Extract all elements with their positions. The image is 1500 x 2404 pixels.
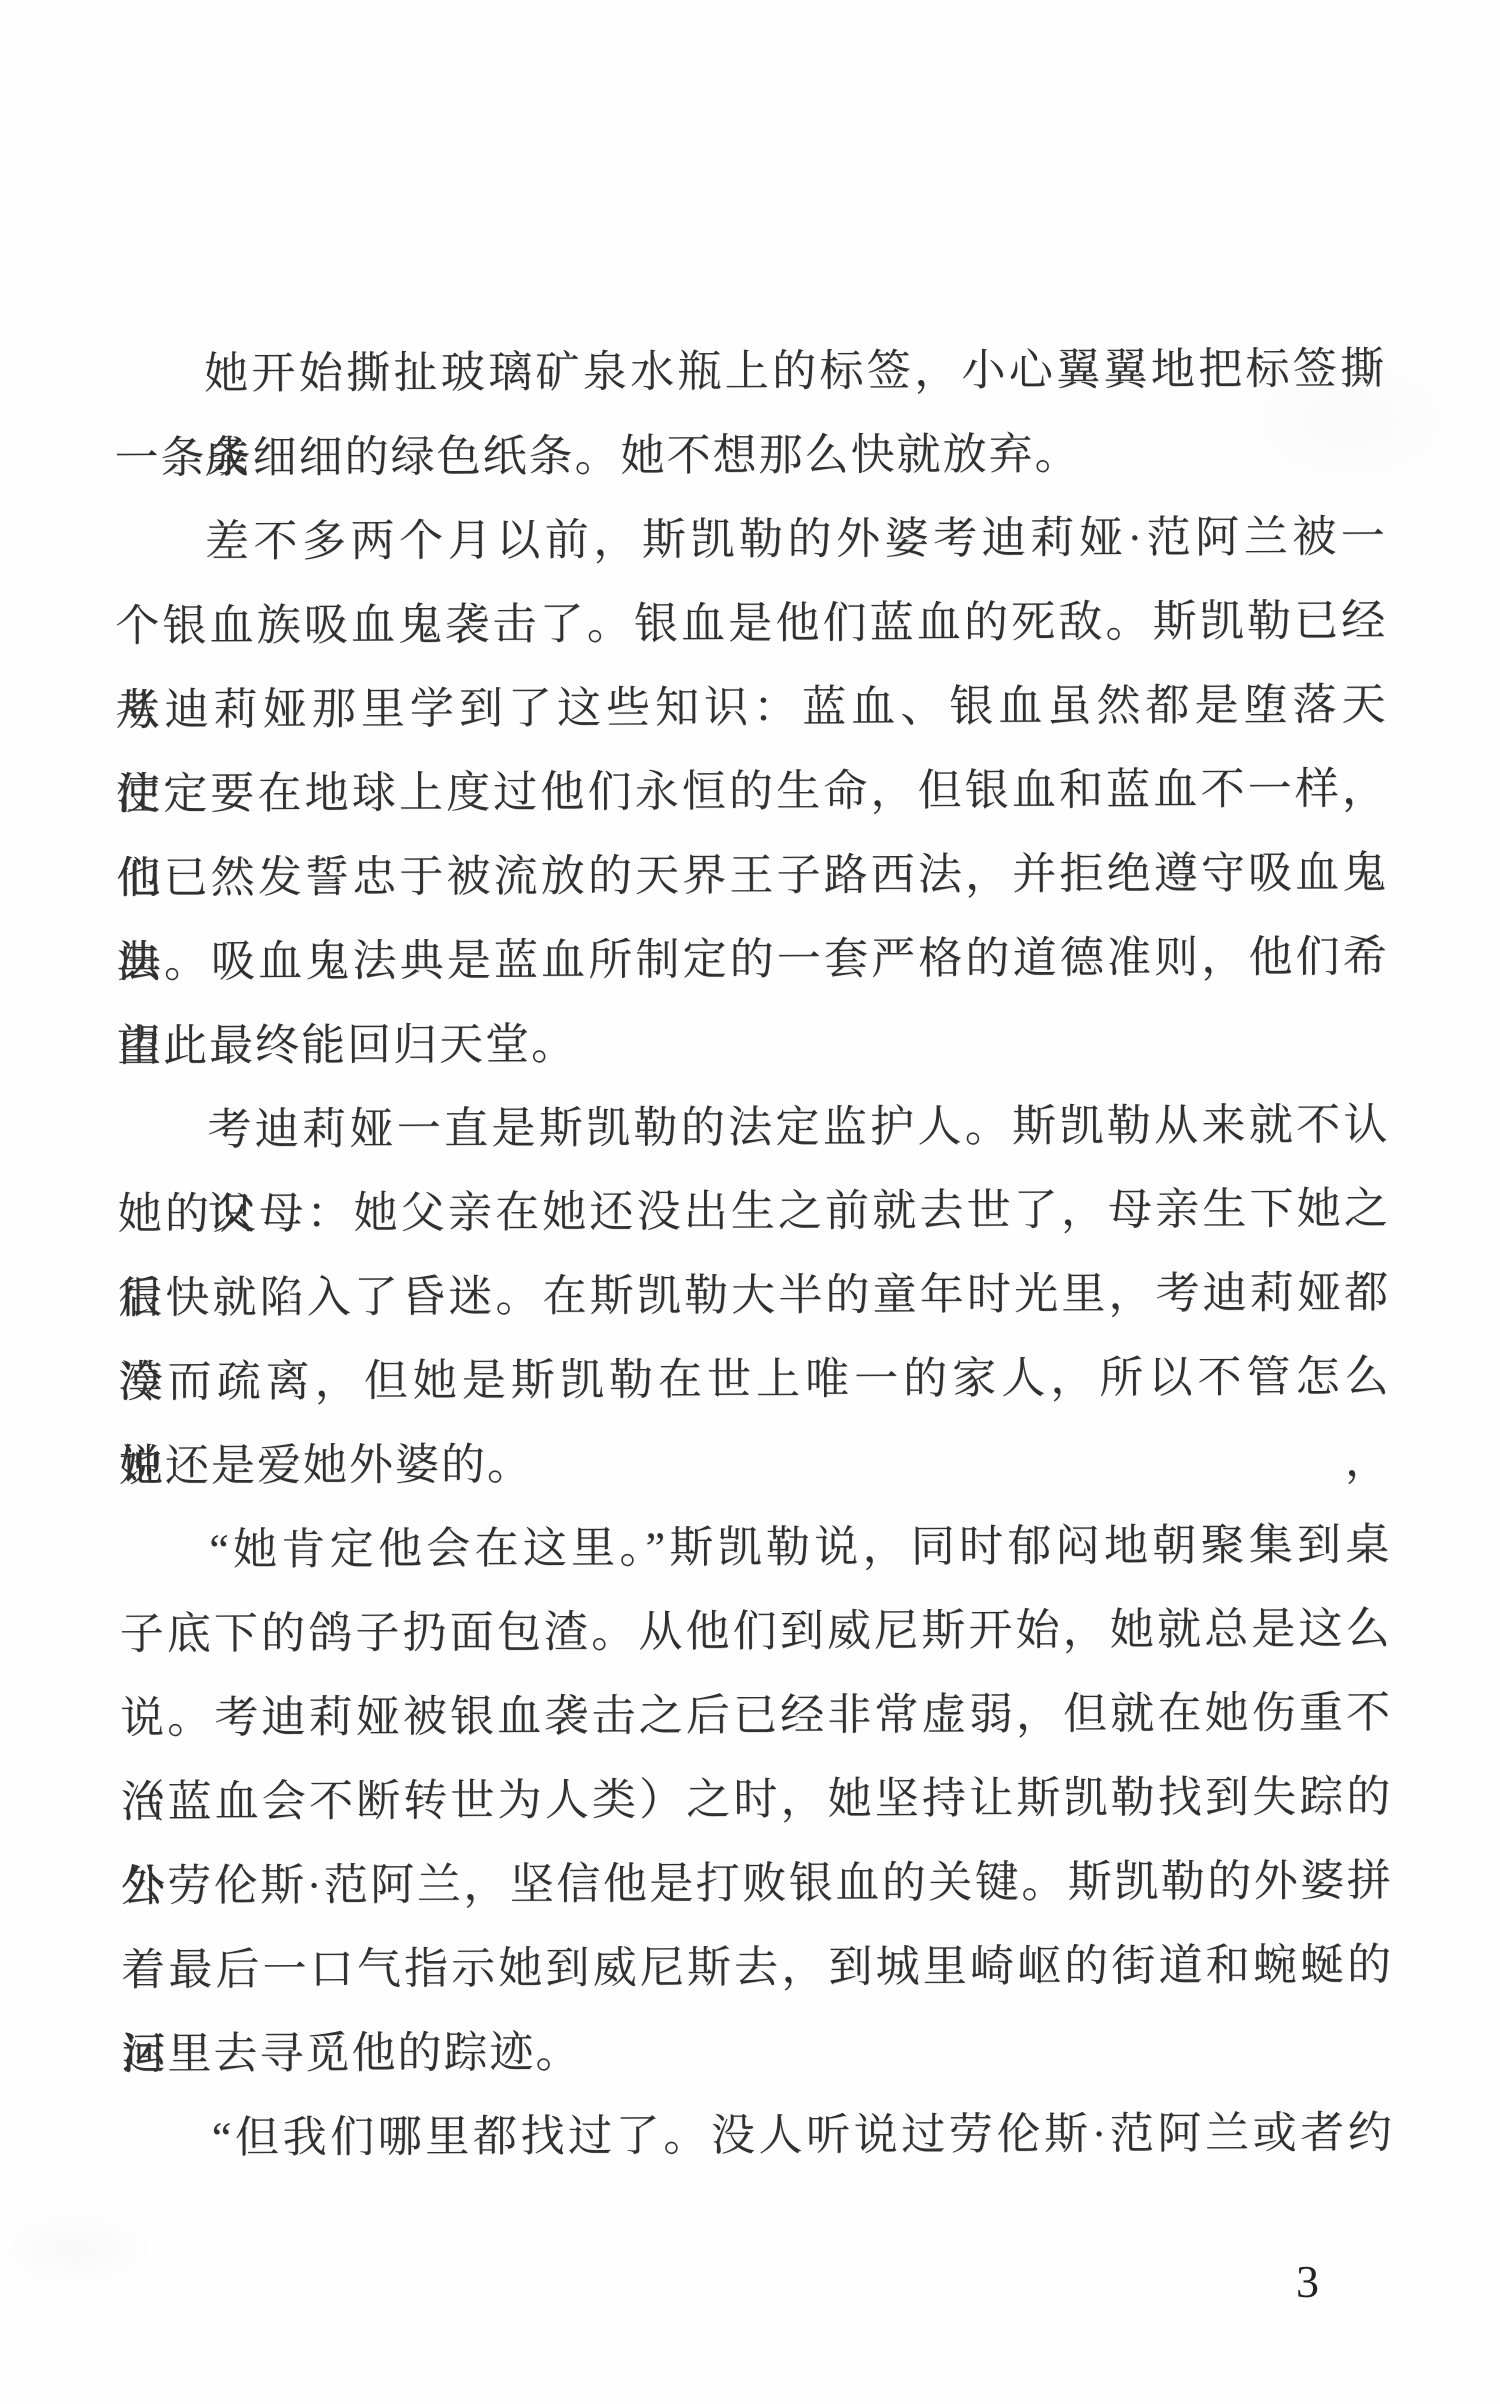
text-line: “她肯定他会在这里。”斯凯勒说，同时郁闷地朝聚集到桌	[119, 1503, 1391, 1593]
text-line: （蓝血会不断转世为人类）之时，她坚持让斯凯勒找到失踪的外	[120, 1755, 1392, 1845]
scanned-book-page: 她开始撕扯玻璃矿泉水瓶上的标签，小心翼翼地把标签撕成一条条细细的绿色纸条。她不想…	[0, 0, 1500, 2404]
text-line: 河里去寻觅他的踪迹。	[121, 2007, 1393, 2097]
text-line: 考迪莉娅那里学到了这些知识：蓝血、银血虽然都是堕落天使，	[115, 663, 1387, 753]
text-line: 漠而疏离，但她是斯凯勒在世上唯一的家人，所以不管怎么说，	[118, 1335, 1390, 1425]
text-line: 公劳伦斯·范阿兰，坚信他是打败银血的关键。斯凯勒的外婆拼	[121, 1839, 1393, 1929]
text-line: 注定要在地球上度过他们永恒的生命，但银血和蓝血不一样，他	[116, 747, 1388, 837]
text-line: 一条条细细的绿色纸条。她不想那么快就放弃。	[114, 411, 1386, 501]
text-line: 说。考迪莉娅被银血袭击之后已经非常虚弱，但就在她伤重不治	[120, 1671, 1392, 1761]
text-line: 她的父母：她父亲在她还没出生之前就去世了，母亲生下她之后	[118, 1167, 1390, 1257]
text-line: 着最后一口气指示她到威尼斯去，到城里崎岖的街道和蜿蜒的运	[121, 1923, 1393, 2013]
page-number: 3	[1296, 2256, 1319, 2308]
text-line: 典。吸血鬼法典是蓝血所制定的一套严格的道德准则，他们希望	[117, 915, 1389, 1005]
body-text: 她开始撕扯玻璃矿泉水瓶上的标签，小心翼翼地把标签撕成一条条细细的绿色纸条。她不想…	[114, 327, 1394, 2181]
text-line: 差不多两个月以前，斯凯勒的外婆考迪莉娅·范阿兰被一	[115, 495, 1387, 585]
text-line: 们已然发誓忠于被流放的天界王子路西法，并拒绝遵守吸血鬼法	[116, 831, 1388, 921]
text-line: 子底下的鸽子扔面包渣。从他们到威尼斯开始，她就总是这么	[119, 1587, 1391, 1677]
text-line: 考迪莉娅一直是斯凯勒的法定监护人。斯凯勒从来就不认识	[117, 1083, 1389, 1173]
text-line: “但我们哪里都找过了。没人听说过劳伦斯·范阿兰或者约	[122, 2091, 1394, 2181]
text-line: 很快就陷入了昏迷。在斯凯勒大半的童年时光里，考迪莉娅都冷	[118, 1251, 1390, 1341]
text-line: 个银血族吸血鬼袭击了。银血是他们蓝血的死敌。斯凯勒已经从	[115, 579, 1387, 669]
text-line: 她开始撕扯玻璃矿泉水瓶上的标签，小心翼翼地把标签撕成	[114, 327, 1386, 417]
text-line: 由此最终能回归天堂。	[117, 999, 1389, 1089]
